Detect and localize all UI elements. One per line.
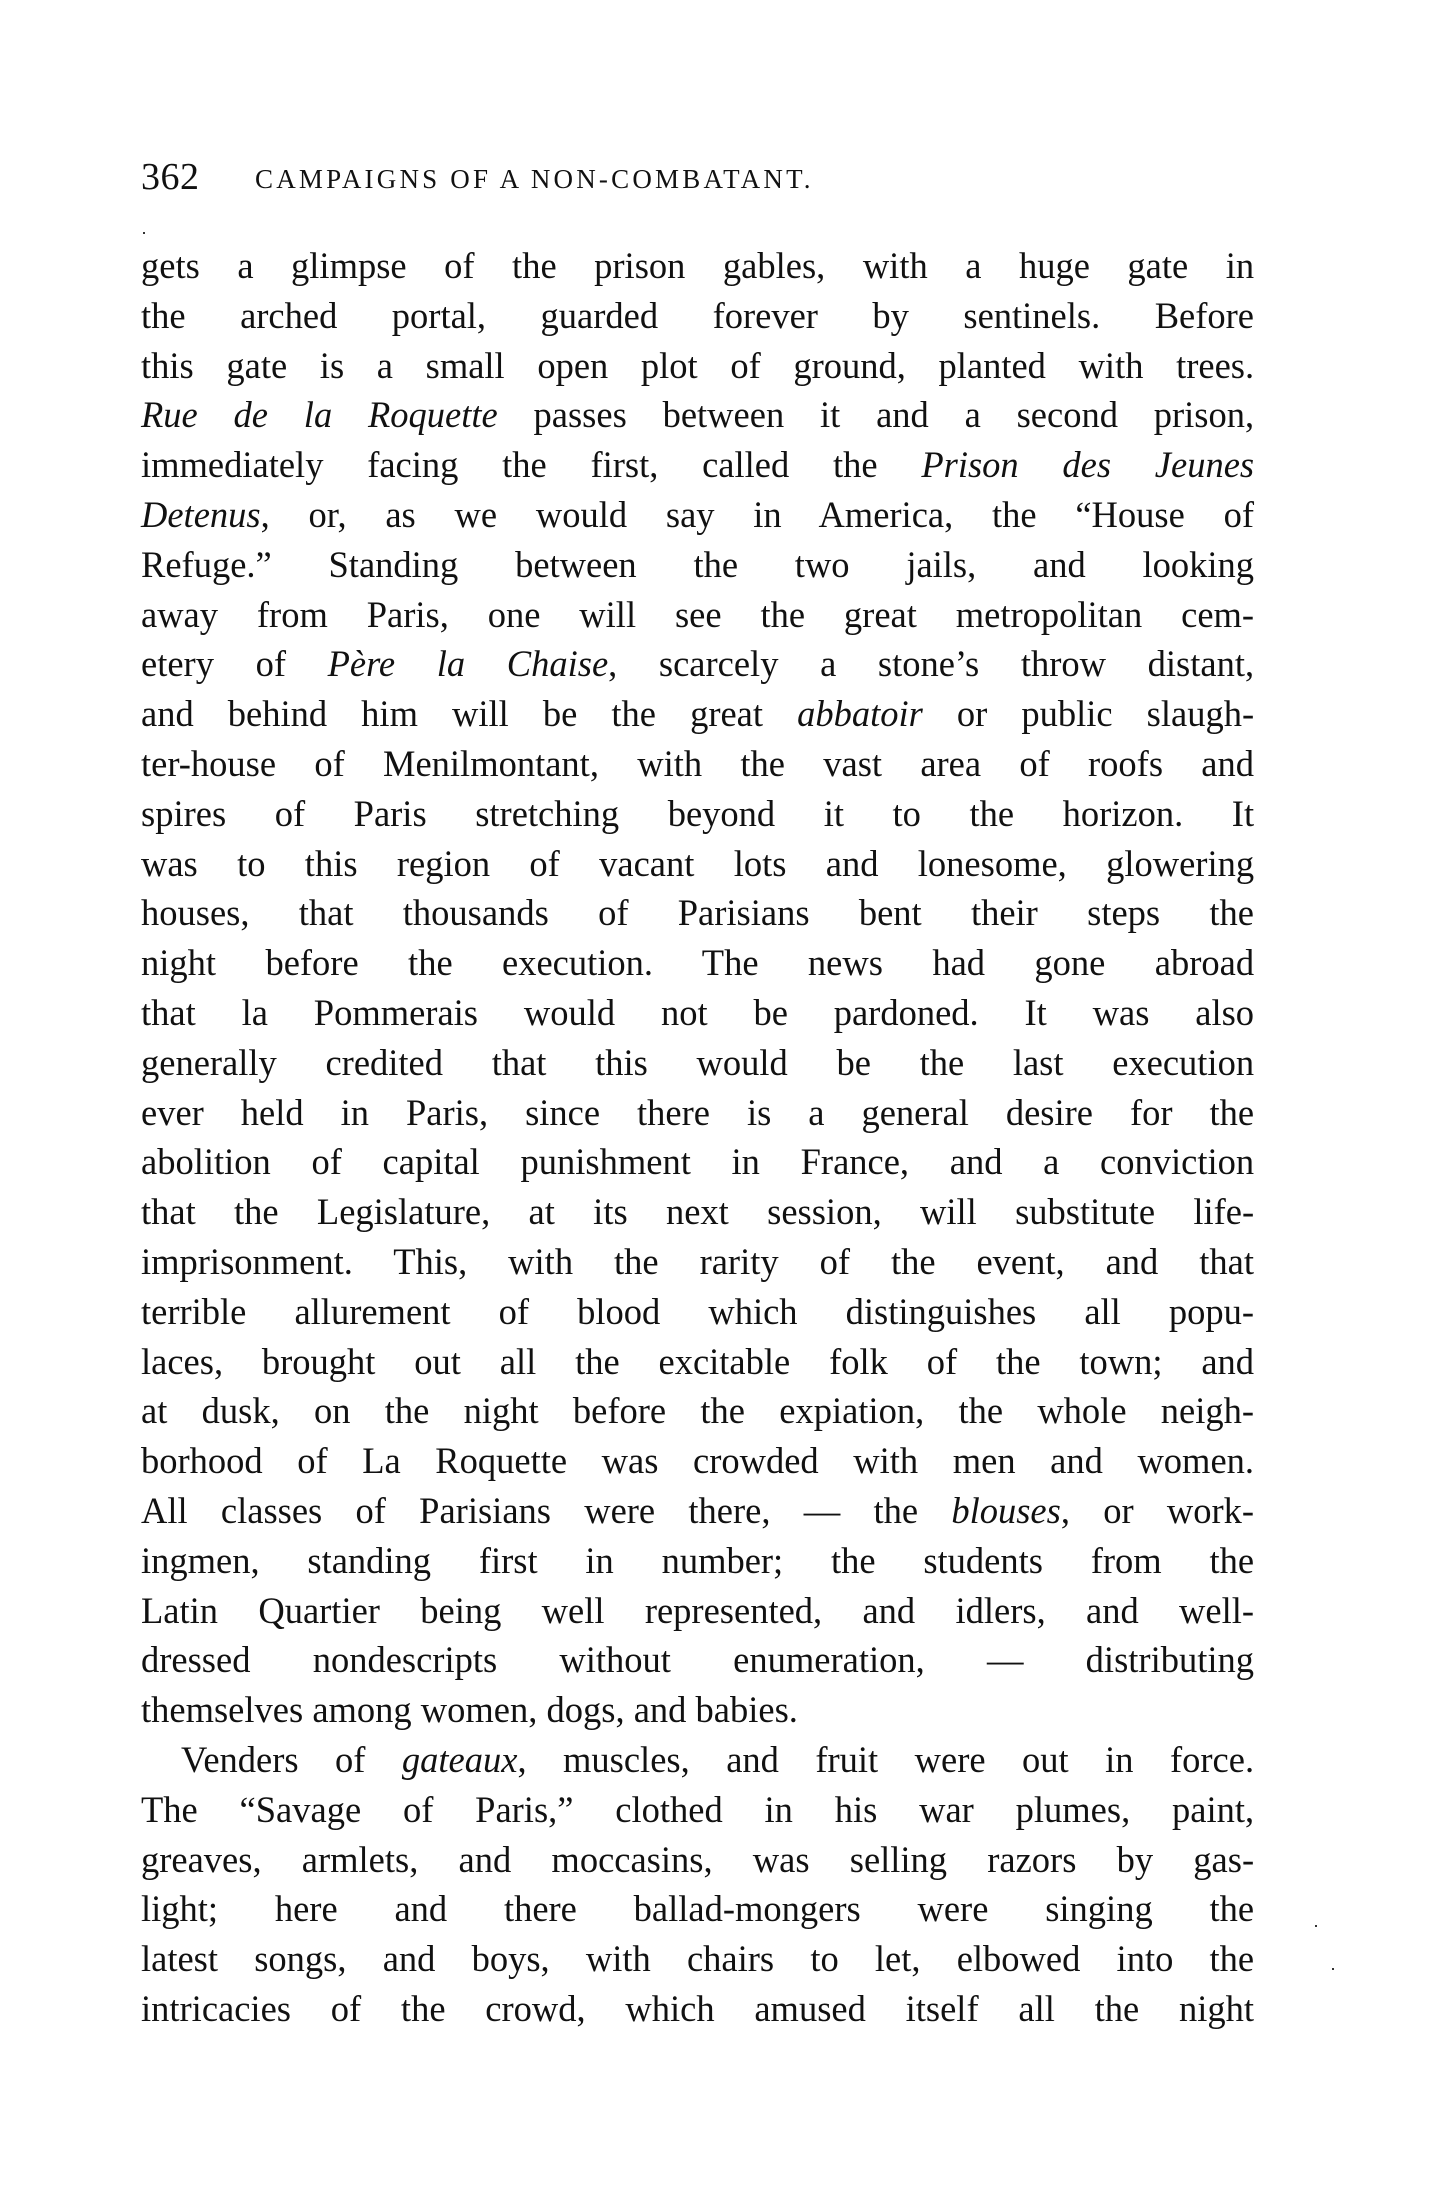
word: lots <box>734 843 787 884</box>
word: and <box>1201 743 1254 784</box>
word: and <box>383 1938 436 1979</box>
text-line: spires of Paris stretching beyond it to … <box>141 789 1254 839</box>
word: enumeration, <box>733 1639 925 1680</box>
word: of <box>275 793 305 834</box>
word: abolition <box>141 1141 271 1182</box>
word: the <box>693 544 738 585</box>
word: imprisonment. <box>141 1241 353 1282</box>
word: vacant <box>599 843 694 884</box>
word: there <box>637 1092 710 1133</box>
word: neigh- <box>1161 1390 1254 1431</box>
word: with <box>863 245 928 286</box>
word: and <box>862 1590 915 1631</box>
word: throw <box>1021 643 1106 684</box>
word: that <box>141 992 196 1033</box>
word: plumes, <box>1016 1789 1131 1830</box>
text-line: dressed nondescripts without enumeration… <box>141 1635 1254 1685</box>
italic-word: Rue <box>141 394 198 435</box>
word: of <box>311 1141 341 1182</box>
text-line: the arched portal, guarded forever by se… <box>141 291 1254 341</box>
word: The <box>702 942 759 983</box>
running-head: 362 CAMPAIGNS OF A NON-COMBATANT. <box>141 152 1254 202</box>
word: their <box>971 892 1038 933</box>
word: well- <box>1179 1590 1254 1631</box>
italic-word: abbatoir <box>797 693 923 734</box>
word: expiation, <box>779 1390 924 1431</box>
word: rarity <box>700 1241 779 1282</box>
word: spires <box>141 793 226 834</box>
word: and <box>1086 1590 1139 1631</box>
word: of <box>314 743 344 784</box>
word: the <box>401 1988 446 2029</box>
word: the <box>1209 892 1254 933</box>
word: songs, <box>254 1938 346 1979</box>
word: session, <box>767 1191 882 1232</box>
word: immediately <box>141 444 323 485</box>
word: war <box>919 1789 974 1830</box>
word: small <box>426 345 505 386</box>
word: between <box>663 394 785 435</box>
word: the <box>614 1241 659 1282</box>
text-line: Latin Quartier being well represented, a… <box>141 1586 1254 1636</box>
word: see <box>675 594 722 635</box>
text-line: laces, brought out all the excitable fol… <box>141 1337 1254 1387</box>
word: the <box>512 245 557 286</box>
scan-speck <box>143 232 145 234</box>
word: before <box>573 1390 666 1431</box>
text-line: that la Pommerais would not be pardoned.… <box>141 988 1254 1038</box>
word: , <box>608 643 617 684</box>
word: of <box>598 892 628 933</box>
word: punishment <box>521 1141 691 1182</box>
word: conviction <box>1100 1141 1254 1182</box>
word: his <box>835 1789 878 1830</box>
word: all <box>500 1341 536 1382</box>
word: Legislature, <box>317 1191 490 1232</box>
word: away <box>141 594 218 635</box>
word: last <box>1013 1042 1064 1083</box>
word: night <box>141 942 216 983</box>
word: between <box>515 544 637 585</box>
word: portal, <box>392 295 486 336</box>
word: whole <box>1037 1390 1126 1431</box>
word: singing <box>1045 1888 1153 1929</box>
word: dusk, <box>202 1390 280 1431</box>
word: from <box>1091 1540 1162 1581</box>
text-line: houses, that thousands of Parisians bent… <box>141 888 1254 938</box>
word: credited <box>325 1042 443 1083</box>
word: blood <box>577 1291 660 1332</box>
word: huge <box>1019 245 1090 286</box>
word: be <box>836 1042 870 1083</box>
word: crowd, <box>485 1988 585 2029</box>
word: of <box>529 843 559 884</box>
word: also <box>1195 992 1254 1033</box>
word: to <box>810 1938 838 1979</box>
word: vast <box>823 743 882 784</box>
word: , <box>261 494 270 535</box>
word: without <box>559 1639 671 1680</box>
page-number: 362 <box>141 152 200 202</box>
italic-word: gateaux <box>402 1739 518 1780</box>
text-line: latest songs, and boys, with chairs to l… <box>141 1934 1254 1984</box>
word: that <box>492 1042 547 1083</box>
word: would <box>536 494 627 535</box>
word: forever <box>713 295 818 336</box>
word: facing <box>367 444 458 485</box>
word: of <box>444 245 474 286</box>
word: the <box>969 793 1014 834</box>
word: the <box>920 1042 965 1083</box>
word: women, <box>421 1689 538 1730</box>
word: the <box>1095 1988 1140 2029</box>
word: a <box>237 245 253 286</box>
word: in <box>341 1092 369 1133</box>
word: light; <box>141 1888 218 1929</box>
word: it <box>824 793 844 834</box>
word: ground, <box>793 345 906 386</box>
word: nondescripts <box>313 1639 498 1680</box>
word: cem- <box>1181 594 1254 635</box>
word: of <box>256 643 286 684</box>
word: prison, <box>1154 394 1254 435</box>
text-line: ter-house of Menilmontant, with the vast… <box>141 739 1254 789</box>
word: — <box>804 1490 841 1531</box>
word: and <box>394 1888 447 1929</box>
text-line: Venders of gateaux, muscles, and fruit w… <box>141 1735 1254 1785</box>
word: second <box>1017 394 1118 435</box>
italic-word: des <box>1062 444 1111 485</box>
word: folk <box>829 1341 888 1382</box>
word: stone’s <box>878 643 979 684</box>
word: in <box>1105 1739 1133 1780</box>
word: a <box>808 1092 824 1133</box>
word: or, <box>309 494 347 535</box>
word: was <box>753 1839 810 1880</box>
word: life- <box>1193 1191 1254 1232</box>
word: with <box>637 743 702 784</box>
word: It <box>1025 992 1047 1033</box>
word: area <box>920 743 981 784</box>
word: were <box>915 1739 986 1780</box>
word: the <box>408 942 453 983</box>
word: gate <box>226 345 287 386</box>
word: since <box>525 1092 600 1133</box>
word: laces, <box>141 1341 223 1382</box>
word: intricacies <box>141 1988 291 2029</box>
word: and <box>141 693 194 734</box>
word: would <box>697 1042 788 1083</box>
italic-word: blouses <box>951 1490 1061 1531</box>
word: fruit <box>815 1739 878 1780</box>
scan-speck <box>1332 1968 1334 1970</box>
word: news <box>808 942 883 983</box>
word: gets <box>141 245 200 286</box>
word: out <box>1022 1739 1069 1780</box>
word: him <box>361 693 418 734</box>
word: that <box>1199 1241 1254 1282</box>
word: by <box>1117 1839 1154 1880</box>
word: a <box>820 643 836 684</box>
word: men <box>953 1440 1016 1481</box>
word: dressed <box>141 1639 250 1680</box>
word: latest <box>141 1938 218 1979</box>
text-line: light; here and there ballad-mongers wer… <box>141 1884 1254 1934</box>
word: and <box>459 1839 512 1880</box>
word: Quartier <box>258 1590 380 1631</box>
word: region <box>397 843 490 884</box>
word: moccasins, <box>551 1839 712 1880</box>
word: will <box>920 1191 977 1232</box>
word: allurement <box>294 1291 450 1332</box>
word: ter-house <box>141 743 276 784</box>
text-line: away from Paris, one will see the great … <box>141 590 1254 640</box>
word: all <box>1084 1291 1120 1332</box>
word: trees. <box>1176 345 1254 386</box>
word: were <box>584 1490 655 1531</box>
word: next <box>666 1191 729 1232</box>
text-line: generally credited that this would be th… <box>141 1038 1254 1088</box>
word: had <box>932 942 985 983</box>
word: of <box>297 1440 327 1481</box>
word: of <box>1224 494 1254 535</box>
text-line: greaves, armlets, and moccasins, was sel… <box>141 1835 1254 1885</box>
word: ballad-mongers <box>634 1888 861 1929</box>
word: here <box>275 1888 338 1929</box>
word: terrible <box>141 1291 246 1332</box>
word: Roquette <box>435 1440 567 1481</box>
word: distributing <box>1086 1639 1254 1680</box>
word: planted <box>939 345 1046 386</box>
word: crowded <box>693 1440 819 1481</box>
word: the <box>958 1390 1003 1431</box>
word: and <box>1033 544 1086 585</box>
book-page: 362 CAMPAIGNS OF A NON-COMBATANT. gets a… <box>0 0 1446 2200</box>
word: abroad <box>1155 942 1254 983</box>
word: gone <box>1034 942 1105 983</box>
word: be <box>543 693 577 734</box>
text-line: etery of Père la Chaise, scarcely a ston… <box>141 639 1254 689</box>
word: let, <box>875 1938 921 1979</box>
word: called <box>702 444 789 485</box>
word: were <box>918 1888 989 1929</box>
word: execution <box>1112 1042 1254 1083</box>
word: the <box>740 743 785 784</box>
word: Standing <box>329 544 459 585</box>
word: generally <box>141 1042 277 1083</box>
scan-speck <box>1315 1925 1317 1927</box>
word: as <box>385 494 415 535</box>
word: prison <box>594 245 685 286</box>
word: all <box>1018 1988 1054 2029</box>
word: guarded <box>541 295 659 336</box>
word: public <box>1021 693 1112 734</box>
word: and <box>826 843 879 884</box>
word: with <box>508 1241 573 1282</box>
word: scarcely <box>659 643 779 684</box>
word: borhood <box>141 1440 263 1481</box>
word: that <box>141 1191 196 1232</box>
word: clothed <box>615 1789 722 1830</box>
word: Before <box>1155 295 1254 336</box>
word: there, <box>688 1490 770 1531</box>
word: France, <box>801 1141 909 1182</box>
word: Pommerais <box>314 992 478 1033</box>
word: the <box>700 1390 745 1431</box>
word: thousands <box>403 892 549 933</box>
word: night <box>1179 1988 1254 2029</box>
word: say <box>666 494 715 535</box>
word: “House <box>1075 494 1184 535</box>
word: Menilmontant, <box>383 743 599 784</box>
word: this <box>305 843 358 884</box>
word: for <box>1130 1092 1173 1133</box>
word: and <box>1050 1440 1103 1481</box>
text-line: Detenus, or, as we would say in America,… <box>141 490 1254 540</box>
word: the <box>873 1490 918 1531</box>
word: desire <box>1006 1092 1093 1133</box>
word: of <box>403 1789 433 1830</box>
word: a <box>377 345 393 386</box>
word: gate <box>1127 245 1188 286</box>
italic-word: Chaise <box>507 643 608 684</box>
word: the <box>1209 1540 1254 1581</box>
word: will <box>579 594 636 635</box>
word: houses, <box>141 892 249 933</box>
word: to <box>237 843 265 884</box>
word: work- <box>1167 1490 1254 1531</box>
text-line: Rue de la Roquette passes between it and… <box>141 390 1254 440</box>
word: out <box>414 1341 461 1382</box>
word: metropolitan <box>956 594 1143 635</box>
word: chairs <box>687 1938 774 1979</box>
word: being <box>420 1590 501 1631</box>
word: la <box>242 992 268 1033</box>
text-line: ever held in Paris, since there is a gen… <box>141 1088 1254 1138</box>
word: and <box>1201 1341 1254 1382</box>
word: and <box>876 394 929 435</box>
word: armlets, <box>302 1839 419 1880</box>
word: arched <box>240 295 337 336</box>
text-line: The “Savage of Paris,” clothed in his wa… <box>141 1785 1254 1835</box>
word: ingmen, <box>141 1540 260 1581</box>
italic-word: Detenus <box>141 494 261 535</box>
word: the <box>1209 1888 1254 1929</box>
word: which <box>708 1291 797 1332</box>
word: muscles, <box>563 1739 690 1780</box>
word: the <box>234 1191 279 1232</box>
text-line: that the Legislature, at its next sessio… <box>141 1187 1254 1237</box>
word: themselves <box>141 1689 303 1730</box>
word: was <box>1093 992 1150 1033</box>
word: in <box>765 1789 793 1830</box>
text-line: imprisonment. This, with the rarity of t… <box>141 1237 1254 1287</box>
word: to <box>893 793 921 834</box>
word: beyond <box>668 793 775 834</box>
word: one <box>488 594 541 635</box>
text-line: night before the execution. The news had… <box>141 938 1254 988</box>
word: students <box>923 1540 1043 1581</box>
word: with <box>1079 345 1144 386</box>
word: be <box>753 992 787 1033</box>
word: steps <box>1087 892 1160 933</box>
word: of <box>1019 743 1049 784</box>
word: , <box>1061 1490 1070 1531</box>
body-text: gets a glimpse of the prison gables, wit… <box>141 241 1254 2034</box>
word: first, <box>590 444 658 485</box>
text-line: and behind him will be the great abbatoi… <box>141 689 1254 739</box>
word: by <box>872 295 909 336</box>
word: will <box>452 693 509 734</box>
italic-word: de <box>234 394 268 435</box>
text-line: abolition of capital punishment in Franc… <box>141 1137 1254 1187</box>
italic-word: Jeunes <box>1155 444 1254 485</box>
word: stretching <box>475 793 619 834</box>
word: force. <box>1170 1739 1254 1780</box>
word: a <box>965 394 981 435</box>
word: this <box>141 345 194 386</box>
word: of <box>499 1291 529 1332</box>
word: and <box>950 1141 1003 1182</box>
word: selling <box>850 1839 947 1880</box>
word: there <box>504 1888 577 1929</box>
text-line: ingmen, standing first in number; the st… <box>141 1536 1254 1586</box>
word: gables, <box>723 245 825 286</box>
word: itself <box>906 1988 979 2029</box>
word: glimpse <box>291 245 407 286</box>
word: town; <box>1079 1341 1162 1382</box>
word: boys, <box>472 1938 550 1979</box>
text-line: at dusk, on the night before the expiati… <box>141 1386 1254 1436</box>
word: horizon. <box>1063 793 1184 834</box>
word: bent <box>859 892 922 933</box>
word: in <box>732 1141 760 1182</box>
word: or <box>1103 1490 1133 1531</box>
italic-word: Prison <box>921 444 1018 485</box>
word: babies. <box>696 1689 798 1730</box>
word: standing <box>307 1540 431 1581</box>
word: America, <box>818 494 953 535</box>
word: and <box>1106 1241 1159 1282</box>
word: looking <box>1143 544 1255 585</box>
word: great <box>844 594 917 635</box>
word: was <box>141 843 198 884</box>
italic-word: la <box>304 394 332 435</box>
word: well <box>542 1590 605 1631</box>
word: of <box>730 345 760 386</box>
word: not <box>661 992 708 1033</box>
word: capital <box>383 1141 480 1182</box>
word: before <box>265 942 358 983</box>
word: slaugh- <box>1147 693 1254 734</box>
word: the <box>891 1241 936 1282</box>
word: gas- <box>1193 1839 1254 1880</box>
word: distinguishes <box>846 1291 1037 1332</box>
word: brought <box>262 1341 376 1382</box>
word: “Savage <box>240 1789 362 1830</box>
word: Refuge.” <box>141 544 272 585</box>
word: a <box>1043 1141 1059 1182</box>
word: razors <box>987 1839 1076 1880</box>
word: execution. <box>502 942 653 983</box>
word: paint, <box>1172 1789 1254 1830</box>
text-line: Refuge.” Standing between the two jails,… <box>141 540 1254 590</box>
running-head-title: CAMPAIGNS OF A NON-COMBATANT. <box>255 156 814 202</box>
word: glowering <box>1106 843 1254 884</box>
word: Latin <box>141 1590 218 1631</box>
word: at <box>141 1390 167 1431</box>
word: in <box>753 494 781 535</box>
